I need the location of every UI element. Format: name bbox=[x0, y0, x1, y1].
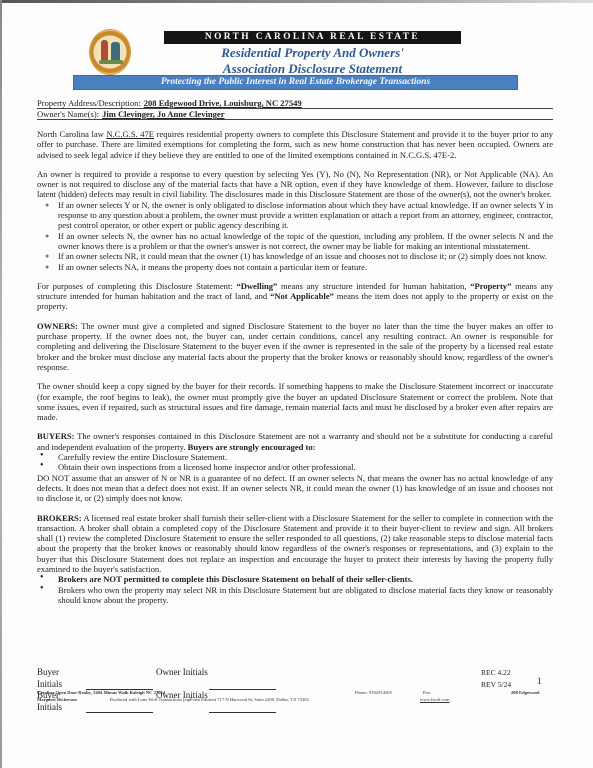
list-item: ●If an owner selects Y or N, the owner i… bbox=[37, 200, 553, 231]
response-requirements-paragraph: An owner is required to provide a respon… bbox=[37, 169, 553, 200]
list-item: ●If an owner selects N, the owner has no… bbox=[37, 231, 553, 252]
brokers-list: •Brokers are NOT permitted to complete t… bbox=[37, 574, 553, 605]
property-address-field[interactable]: Property Address/Description: 208 Edgewo… bbox=[37, 98, 553, 109]
owners-name-label: Owner's Name(s): bbox=[37, 109, 99, 119]
title-line-1: Residential Property And Owners' bbox=[150, 45, 475, 61]
list-item: •Brokers who own the property may select… bbox=[37, 585, 553, 606]
buyers-warning-paragraph: DO NOT assume that an answer of N or NR … bbox=[37, 473, 553, 504]
buyer-initials-label: Buyer Initials bbox=[37, 667, 86, 690]
fax-label: Fax: bbox=[423, 690, 431, 697]
response-options-list: ●If an owner selects Y or N, the owner i… bbox=[37, 200, 553, 272]
produced-by: Produced with Lone Wolf Transactions (zi… bbox=[110, 697, 309, 704]
list-item: ●If an owner selects NA, it means the pr… bbox=[37, 262, 553, 272]
property-address-value[interactable]: 208 Edgewood Drive, Louisburg, NC 27549 bbox=[144, 98, 302, 108]
brokerage-info: Carolina Open Door Realty, 5404 Mimas Wa… bbox=[37, 690, 165, 697]
list-item: ●If an owner selects NR, it could mean t… bbox=[37, 251, 553, 261]
owner-initials-field-1[interactable] bbox=[209, 667, 276, 690]
website-link[interactable]: www.lwolf.com bbox=[420, 697, 450, 704]
commission-banner: NORTH CAROLINA REAL ESTATE COMMISSION bbox=[164, 31, 461, 44]
document-body: Property Address/Description: 208 Edgewo… bbox=[37, 98, 553, 605]
brokers-paragraph: BROKERS: A licensed real estate broker s… bbox=[37, 513, 553, 575]
owners-name-value[interactable]: Jim Clevinger, Jo Anne Clevinger bbox=[102, 109, 224, 119]
agent-name: Margaret Dickerson bbox=[37, 697, 77, 704]
file-name: 208 Edgewood bbox=[511, 690, 539, 697]
buyers-paragraph: BUYERS: The owner's responses contained … bbox=[37, 431, 553, 452]
tagline-banner: Protecting the Public Interest in Real E… bbox=[73, 75, 518, 90]
phone-number: Phone: 9192914365 bbox=[355, 690, 392, 697]
seal-figure-right bbox=[111, 42, 120, 62]
title-line-2: Association Disclosure Statement bbox=[150, 61, 475, 77]
document-title: Residential Property And Owners' Associa… bbox=[150, 45, 475, 76]
owners-name-field[interactable]: Owner's Name(s): Jim Clevinger, Jo Anne … bbox=[37, 109, 553, 120]
revision-info: REC 4.22 REV 5/24 bbox=[481, 667, 511, 690]
nc-commission-seal-icon bbox=[90, 30, 130, 74]
page-number: 1 bbox=[537, 676, 542, 686]
owners-update-paragraph: The owner should keep a copy signed by t… bbox=[37, 381, 553, 422]
definitions-paragraph: For purposes of completing this Disclosu… bbox=[37, 281, 553, 312]
rec-code: REC 4.22 bbox=[481, 667, 511, 679]
scan-left-edge bbox=[0, 0, 2, 768]
scan-top-edge bbox=[0, 0, 593, 3]
initials-row-1: Buyer Initials Owner Initials bbox=[37, 667, 279, 690]
owners-paragraph: OWNERS: The owner must give a completed … bbox=[37, 321, 553, 372]
ncgs-47e-link[interactable]: N.C.G.S. 47E bbox=[106, 129, 154, 139]
list-item: •Carefully review the entire Disclosure … bbox=[37, 452, 553, 462]
buyers-heading: BUYERS: bbox=[37, 431, 75, 441]
rev-code: REV 5/24 bbox=[481, 679, 511, 691]
owners-heading: OWNERS: bbox=[37, 321, 78, 331]
intro-paragraph: North Carolina law N.C.G.S. 47E requires… bbox=[37, 129, 553, 160]
list-item: •Brokers are NOT permitted to complete t… bbox=[37, 574, 553, 584]
form-footer: Carolina Open Door Realty, 5404 Mimas Wa… bbox=[37, 690, 557, 703]
seal-ground bbox=[99, 60, 123, 64]
buyer-initials-field-1[interactable] bbox=[86, 667, 153, 690]
brokers-heading: BROKERS: bbox=[37, 513, 82, 523]
list-item: •Obtain their own inspections from a lic… bbox=[37, 462, 553, 472]
seal-figure-left bbox=[101, 40, 108, 62]
buyers-list: •Carefully review the entire Disclosure … bbox=[37, 452, 553, 473]
owner-initials-label: Owner Initials bbox=[156, 667, 209, 690]
property-address-label: Property Address/Description: bbox=[37, 98, 141, 108]
